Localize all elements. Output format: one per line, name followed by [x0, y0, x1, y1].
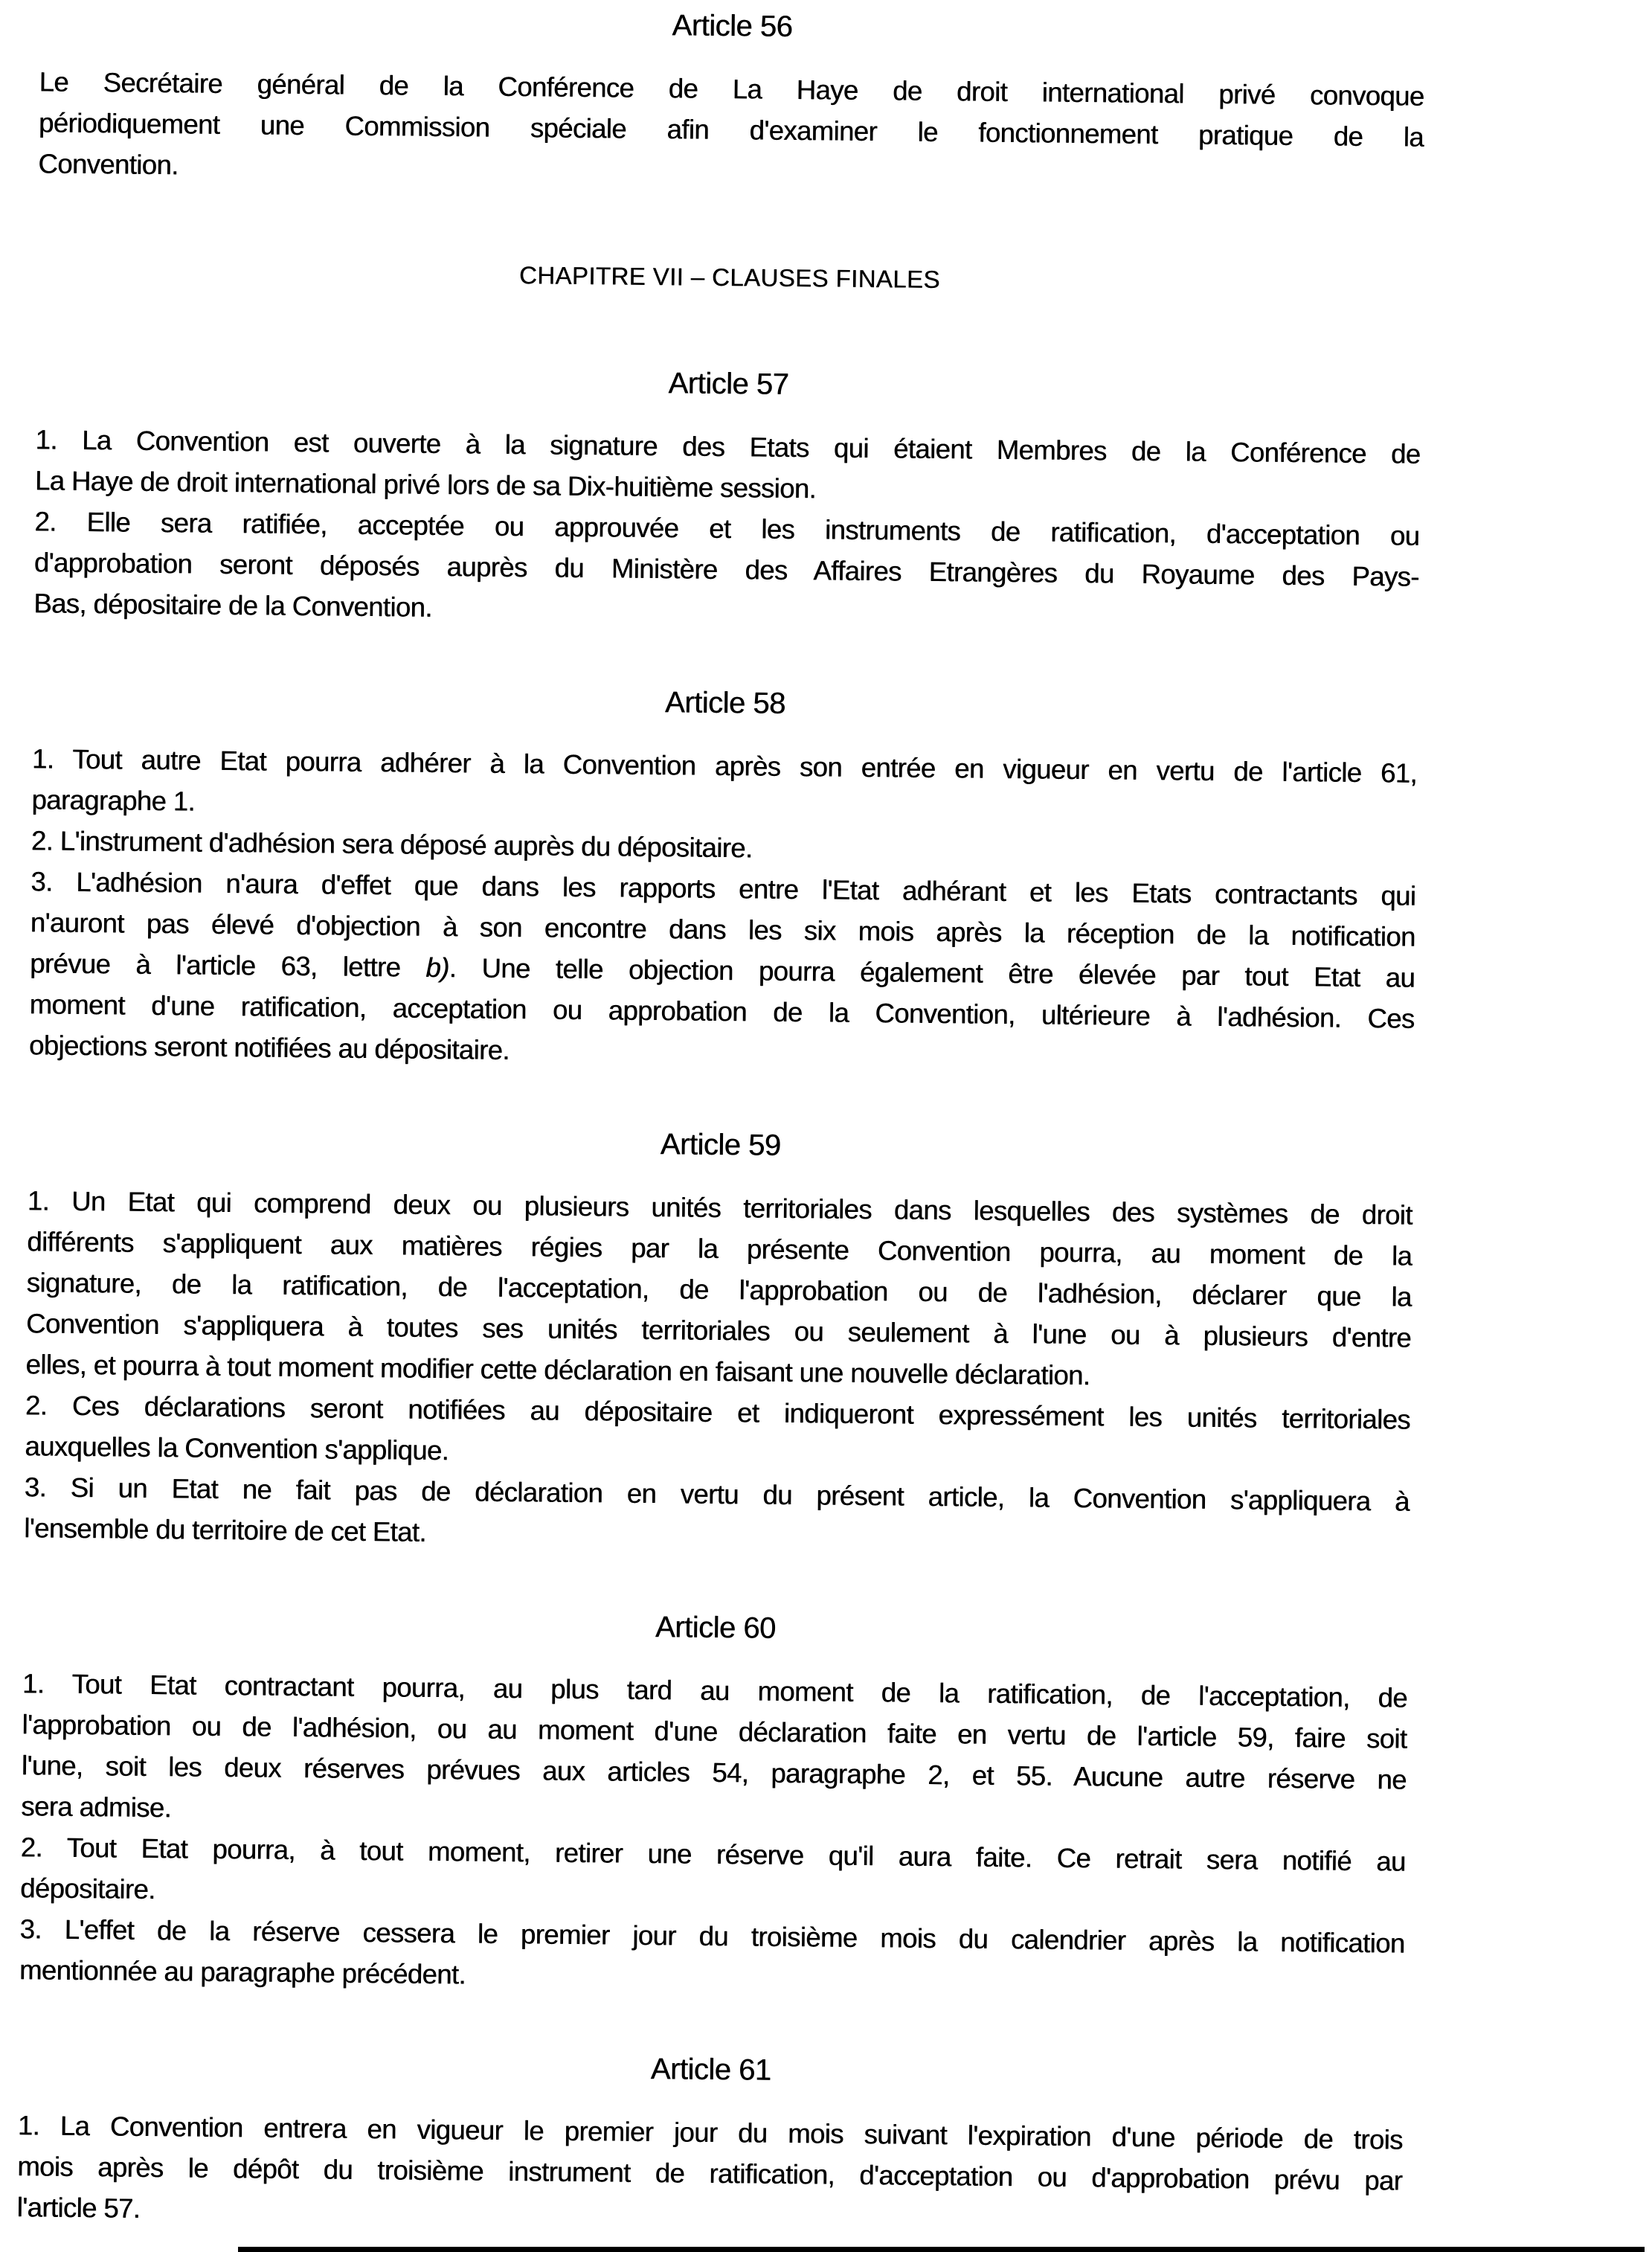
article-60-heading: Article 60 — [23, 1603, 1408, 1652]
article-59-paragraph-3: 3. Si un Etat ne fait pas de déclaration… — [24, 1466, 1410, 1562]
article-57-paragraph-1: 1. La Convention est ouverte à la signat… — [35, 419, 1421, 515]
article-61-heading: Article 61 — [18, 2045, 1403, 2094]
article-58-paragraph-1: 1. Tout autre Etat pourra adhérer à la C… — [31, 738, 1417, 834]
scanned-document-page: Article 56 Le Secrétaire général de la C… — [0, 0, 1652, 2252]
article-59-paragraph-2: 2. Ces déclarations seront notifiées au … — [25, 1385, 1410, 1481]
article-60-paragraph-2: 2. Tout Etat pourra, à tout moment, reti… — [20, 1826, 1406, 1922]
article-56-heading: Article 56 — [39, 1, 1424, 50]
scan-edge-artifact — [238, 2247, 1645, 2252]
article-57-paragraph-2: 2. Elle sera ratifiée, acceptée ou appro… — [33, 501, 1420, 638]
page-content: Article 56 Le Secrétaire général de la C… — [16, 1, 1424, 2242]
article-58-heading: Article 58 — [33, 679, 1418, 727]
article-56-paragraph-1: Le Secrétaire général de la Conférence d… — [38, 61, 1424, 198]
article-61-paragraph-1: 1. La Convention entrera en vigueur le p… — [16, 2105, 1403, 2242]
article-57-heading: Article 57 — [36, 359, 1421, 408]
article-59-heading: Article 59 — [28, 1120, 1412, 1169]
article-58-paragraph-3: 3. L'adhésion n'aura d'effet que dans le… — [29, 861, 1416, 1080]
article-59-paragraph-1: 1. Un Etat qui comprend deux ou plusieur… — [25, 1180, 1412, 1399]
article-60-paragraph-3: 3. L'effet de la réserve cessera le prem… — [19, 1908, 1405, 2004]
chapter-7-heading: CHAPITRE VII – CLAUSES FINALES — [37, 255, 1422, 299]
article-60-paragraph-1: 1. Tout Etat contractant pourra, au plus… — [21, 1663, 1407, 1841]
